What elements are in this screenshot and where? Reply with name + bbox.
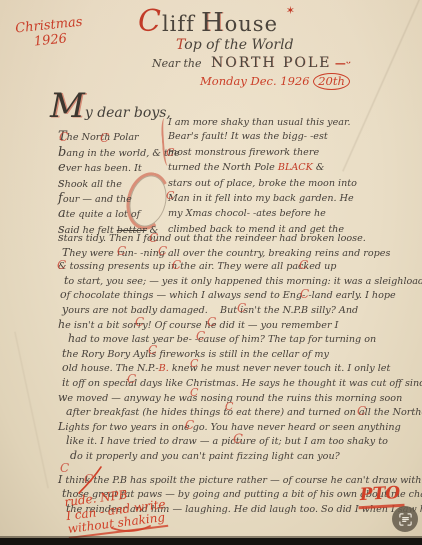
letter-line: & tossing presents up in the air. They w… <box>58 260 418 274</box>
letter-line: do it properly and you can't paint fizzi… <box>70 449 418 464</box>
photo-edge <box>0 538 422 545</box>
letterhead: CliffHouse ✶ Top of the World Near the N… <box>138 4 378 90</box>
letter-row-right: turned the North Pole BLACK & <box>168 161 414 176</box>
letter-columns: I am more shaky than usual this year.The… <box>58 116 414 238</box>
letter-row-right: Man in it fell into my back garden. He <box>168 192 414 207</box>
letter-row-left: shook all the <box>58 177 168 192</box>
letter-row: The North PolarBear's fault! It was the … <box>58 130 414 145</box>
letter-row-left: ate quite a lot of <box>58 207 168 222</box>
flourish-icon: ✶ <box>286 4 296 17</box>
address-north-pole: NORTH POLE <box>211 55 331 71</box>
house-name: CliffHouse ✶ <box>138 4 378 39</box>
address-line3: Near the NORTH POLE —ᵕ <box>152 55 378 71</box>
address-near-the: Near the <box>152 57 201 70</box>
polar-bear-note: rude. NPB I can - and write without shak… <box>64 484 168 538</box>
scan-text-icon[interactable] <box>392 506 418 532</box>
letter-line: old house. The N.P.-B. knew he must neve… <box>62 361 418 376</box>
house-rest1: liff <box>162 12 195 36</box>
letter-row: shook all thestars out of place, broke t… <box>58 177 414 192</box>
letter-row-right: Bear's fault! It was the bigg- -est <box>168 130 414 145</box>
address-line2: Top of the World <box>176 37 378 53</box>
date-line: Monday Dec. 1926 20th <box>200 73 378 90</box>
letter-scan: Christmas 1926 CliffHouse ✶ Top of the W… <box>0 0 422 545</box>
date-prefix: Monday Dec. 1926 <box>200 74 310 88</box>
house-rest2: ouse <box>225 12 278 36</box>
letter-line: after breakfast (he hides things to eat … <box>66 405 418 420</box>
letter-line: had to move last year be- -cause of him?… <box>68 332 418 347</box>
letter-row-left: bang in the world, & the <box>58 146 168 161</box>
letter-row: four — and theMan in it fell into my bac… <box>58 192 414 207</box>
house-initial-h: H <box>201 8 225 38</box>
letter-row: bang in the world, & themost monstrous f… <box>58 146 414 161</box>
letter-line: like it. I have tried to draw — a pictur… <box>66 434 418 449</box>
letter-line: of chocolate things — which I always sen… <box>60 288 418 303</box>
underline-flourish-icon: —ᵕ <box>335 57 351 70</box>
letter-line: They were run- -ning all over the countr… <box>62 246 418 261</box>
letter-line: he isn't a bit sorry! Of course he did i… <box>58 318 418 333</box>
letter-line: to start, you see; — yes it only happene… <box>64 274 418 289</box>
letter-lines: stars tidy. Then I found out that the re… <box>58 231 418 516</box>
letter-row-right: stars out of place, broke the moon into <box>168 177 414 192</box>
letter-row-left <box>58 116 168 130</box>
house-initial-c: C <box>138 4 162 39</box>
letter-row: ever has been. Itturned the North Pole B… <box>58 161 414 176</box>
letter-line: stars tidy. Then I found out that the re… <box>58 231 418 246</box>
letter-row: ate quite a lot ofmy Xmas chocol- -ates … <box>58 207 414 222</box>
paper-crease <box>13 331 49 488</box>
date-day-circled: 20th <box>313 73 350 90</box>
corner-date: Christmas 1926 <box>15 15 85 52</box>
pto-label: PTO <box>357 483 404 509</box>
letter-row-right: I am more shaky than usual this year. <box>168 116 414 130</box>
letter-line: we moved — anyway he was nosing round th… <box>58 391 418 406</box>
letter-row-right: most monstrous firework there <box>168 146 414 161</box>
letter-row-left: ever has been. It <box>58 161 168 176</box>
letter-line: Lights for two years in one go. You have… <box>58 420 418 435</box>
letter-line: it off on special days like Christmas. H… <box>62 376 418 391</box>
letter-row-right: my Xmas chocol- -ates before he <box>168 207 414 222</box>
letter-line: the Rory Bory Aylis fireworks is still i… <box>62 347 418 362</box>
letter-row-left: four — and the <box>58 192 168 207</box>
letter-row-left: The North Polar <box>58 130 168 145</box>
letter-row: I am more shaky than usual this year. <box>58 116 414 130</box>
letter-line: yours are not badly damaged. But isn't t… <box>62 303 418 318</box>
